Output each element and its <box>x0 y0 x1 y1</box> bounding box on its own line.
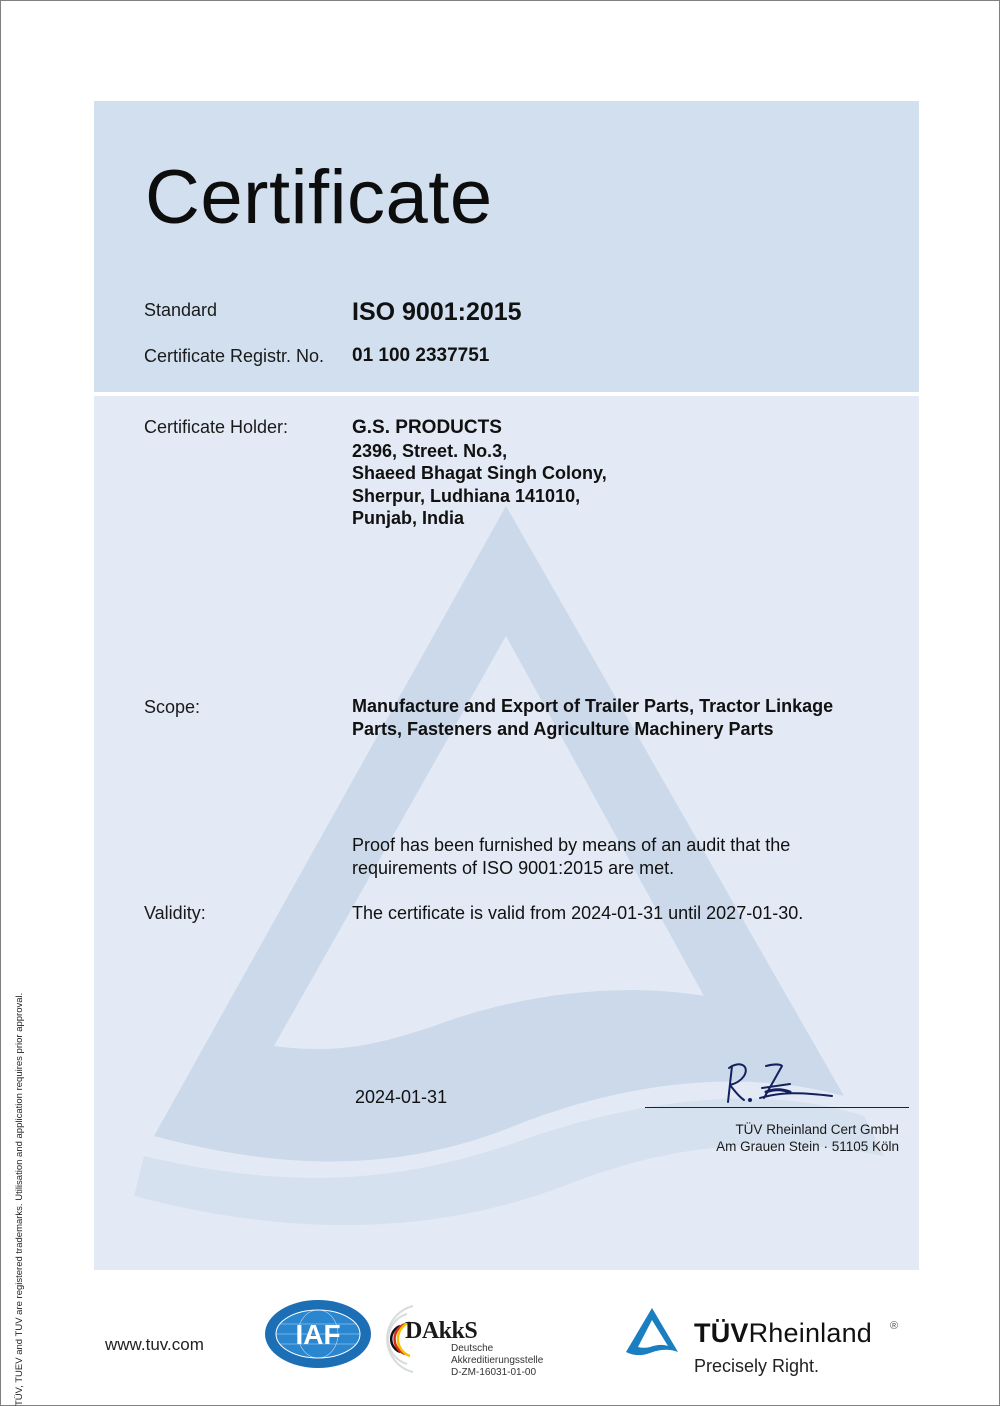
registered-mark: ® <box>890 1320 898 1332</box>
standard-label: Standard <box>144 300 217 321</box>
validity-label: Validity: <box>144 903 206 924</box>
registration-number: 01 100 2337751 <box>352 345 489 367</box>
validity-text: The certificate is valid from 2024-01-31… <box>352 903 803 924</box>
certificate-title: Certificate <box>145 160 493 236</box>
tuv-triangle-logo-icon <box>624 1306 680 1356</box>
holder-address-line: Shaeed Bhagat Singh Colony, <box>352 462 607 485</box>
dakks-subtitle: Deutsche Akkreditierungsstelle D-ZM-1603… <box>451 1343 543 1379</box>
tuv-brand-regular: Rheinland <box>749 1318 872 1348</box>
dakks-title: DAkkS <box>405 1318 477 1345</box>
proof-statement: Proof has been furnished by means of an … <box>352 834 852 880</box>
holder-address-line: Sherpur, Ludhiana 141010, <box>352 485 607 508</box>
proof-line: Proof has been furnished by means of an … <box>352 834 852 857</box>
svg-text:IAF: IAF <box>295 1319 340 1350</box>
scope-label: Scope: <box>144 697 200 718</box>
issuer-block: TÜV Rheinland Cert GmbH Am Grauen Stein … <box>716 1121 899 1155</box>
signature-line <box>645 1107 909 1108</box>
tuv-brand-name: TÜVRheinland <box>694 1318 872 1349</box>
holder-address-line: 2396, Street. No.3, <box>352 440 607 463</box>
iaf-logo-icon: IAF <box>263 1298 373 1370</box>
signature-icon <box>720 1058 840 1108</box>
scope-line: Parts, Fasteners and Agriculture Machine… <box>352 718 892 741</box>
tuv-brand-bold: TÜV <box>694 1318 749 1348</box>
holder-company: G.S. PRODUCTS <box>352 417 607 440</box>
scope-line: Manufacture and Export of Trailer Parts,… <box>352 695 892 718</box>
dakks-line: Akkreditierungsstelle <box>451 1355 543 1367</box>
dakks-line: Deutsche <box>451 1343 543 1355</box>
registration-label: Certificate Registr. No. <box>144 346 324 367</box>
issuer-address: Am Grauen Stein · 51105 Köln <box>716 1138 899 1155</box>
standard-value: ISO 9001:2015 <box>352 298 522 327</box>
proof-line: requirements of ISO 9001:2015 are met. <box>352 857 852 880</box>
issuer-name: TÜV Rheinland Cert GmbH <box>716 1121 899 1138</box>
holder-address-line: Punjab, India <box>352 507 607 530</box>
issue-date: 2024-01-31 <box>355 1087 447 1108</box>
trademark-note: TÜV, TUEV and TUV are registered tradema… <box>14 956 25 1406</box>
tuv-slogan: Precisely Right. <box>694 1356 819 1377</box>
website-link[interactable]: www.tuv.com <box>105 1335 204 1355</box>
holder-details: G.S. PRODUCTS 2396, Street. No.3, Shaeed… <box>352 417 607 530</box>
holder-label: Certificate Holder: <box>144 417 288 438</box>
scope-text: Manufacture and Export of Trailer Parts,… <box>352 695 892 741</box>
dakks-accreditation-number: D-ZM-16031-01-00 <box>451 1367 543 1379</box>
